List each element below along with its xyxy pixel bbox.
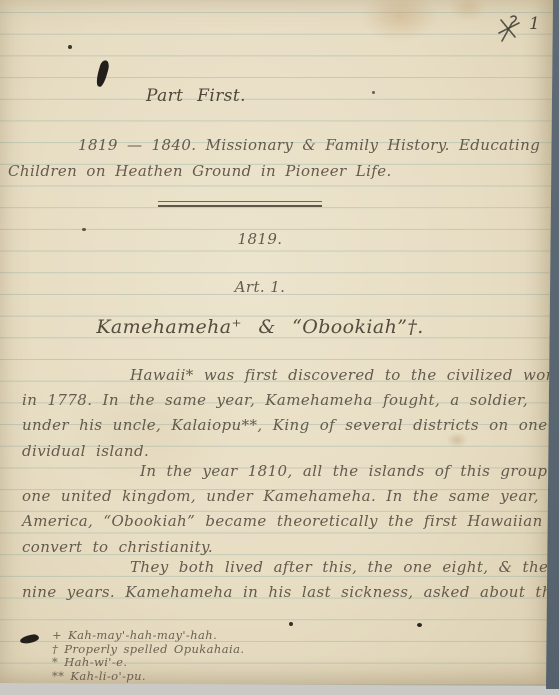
subtitle-line: 1819 — 1840. Missionary & Family History… — [0, 132, 545, 158]
footnote-line: † Properly spelled Opukahaia. — [52, 643, 244, 657]
paragraph: In the year 1810, all the islands of thi… — [22, 459, 546, 560]
paragraph-line: Hawaii* was first discovered to the civi… — [22, 363, 546, 388]
page-number-mark: 1 — [497, 10, 547, 50]
footnote-line: ** Kah-li-o'-pu. — [52, 670, 244, 684]
paragraph-line: under his uncle, Kalaiopu**, King of sev… — [22, 413, 546, 438]
paragraph: They both lived after this, the one eigh… — [22, 555, 546, 605]
ink-blot — [20, 634, 40, 645]
footnote-line: * Hah-wi'-e. — [52, 656, 244, 670]
divider-rule — [158, 201, 322, 207]
ruled-paper-page: 1 Part First. 1819 — 1840. Missionary & … — [0, 0, 553, 687]
ink-blot — [94, 59, 110, 87]
section-title: Kamehameha⁺ & “Obookiah”†. — [0, 316, 520, 338]
paragraph-line: one united kingdom, under Kamehameha. In… — [22, 484, 546, 509]
paragraph-line: nine years. Kamehameha in his last sickn… — [22, 580, 546, 605]
paragraph-line: They both lived after this, the one eigh… — [22, 555, 546, 580]
manuscript-subtitle: 1819 — 1840. Missionary & Family History… — [0, 132, 545, 184]
paragraph-line: America, “Obookiah” became theoretically… — [22, 509, 546, 534]
flourish-mark-icon — [497, 14, 523, 44]
paragraph-line: in 1778. In the same year, Kamehameha fo… — [22, 388, 546, 413]
part-title: Part First. — [146, 86, 246, 106]
article-heading: Art. 1. — [0, 278, 520, 296]
paragraph-line: In the year 1810, all the islands of thi… — [22, 459, 546, 484]
ink-speck — [372, 91, 375, 94]
footnote-line: + Kah-may'-hah-may'-hah. — [52, 629, 244, 643]
paragraph: Hawaii* was first discovered to the civi… — [22, 363, 546, 464]
ink-dot — [68, 45, 72, 49]
ink-dot — [417, 623, 422, 627]
subtitle-line: Children on Heathen Ground in Pioneer Li… — [0, 158, 545, 184]
page-number: 1 — [529, 14, 540, 34]
footnotes-block: + Kah-may'-hah-may'-hah. † Properly spel… — [52, 629, 244, 683]
ink-dot — [289, 622, 293, 626]
year-heading: 1819. — [0, 230, 520, 248]
